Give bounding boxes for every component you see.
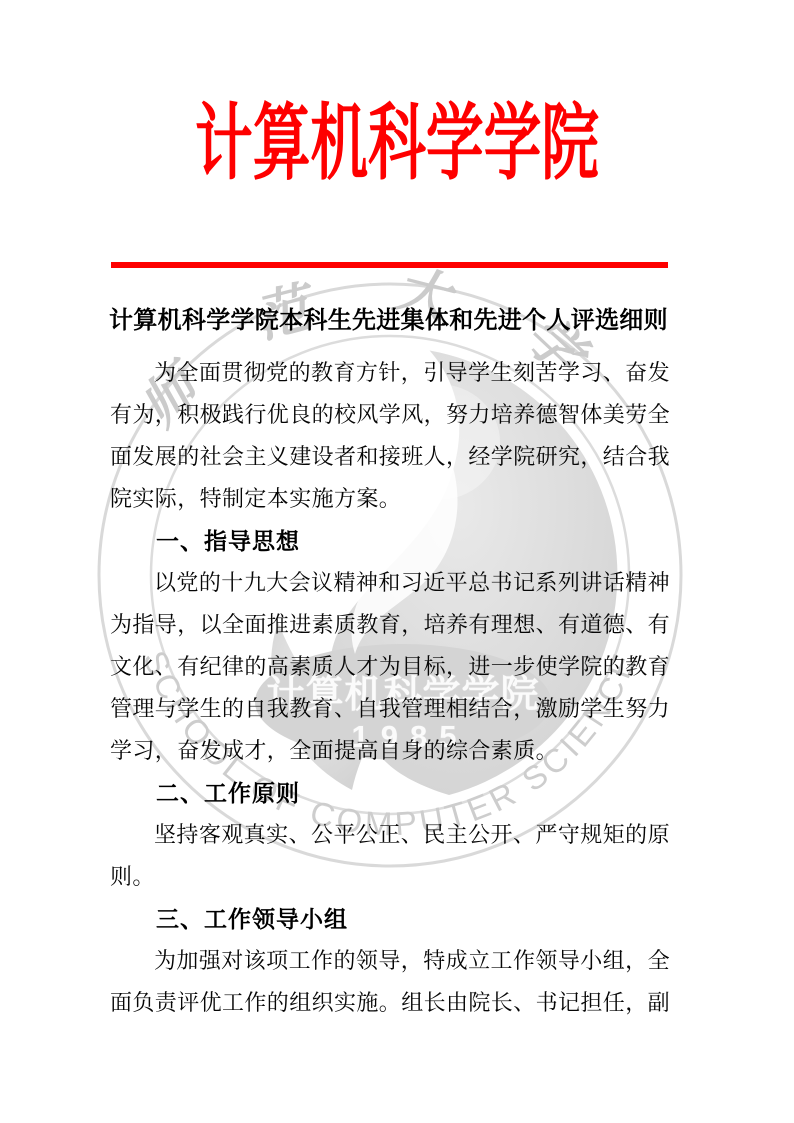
document-page: 师范大学 SCHOOL OF COMPUTER SCIENCE 计算机科学学院 … [0, 0, 794, 1123]
body-paragraph: 以党的十九大会议精神和习近平总书记系列讲话精神为指导，以全面推进素质教育，培养有… [110, 562, 670, 772]
section-heading: 三、工作领导小组 [110, 898, 670, 940]
body-paragraph: 为全面贯彻党的教育方针，引导学生刻苦学习、奋发有为，积极践行优良的校风学风，努力… [110, 352, 670, 520]
section-heading: 二、工作原则 [110, 772, 670, 814]
document-heading: 计算机科学学院本科生先进集体和先进个人评选细则 [109, 300, 685, 335]
body-paragraph: 坚持客观真实、公平公正、民主公开、严守规矩的原则。 [110, 814, 670, 898]
body-paragraph: 为加强对该项工作的领导，特成立工作领导小组，全面负责评优工作的组织实施。组长由院… [110, 940, 670, 1024]
red-divider-rule [111, 262, 668, 268]
page-title: 计算机科学学院 [0, 102, 794, 186]
section-heading: 一、指导思想 [110, 520, 670, 562]
document-body: 为全面贯彻党的教育方针，引导学生刻苦学习、奋发有为，积极践行优良的校风学风，努力… [110, 352, 670, 1024]
school-name-title: 计算机科学学院 [195, 99, 599, 188]
document-content: 计算机科学学院 计算机科学学院本科生先进集体和先进个人评选细则 为全面贯彻党的教… [0, 0, 794, 1123]
